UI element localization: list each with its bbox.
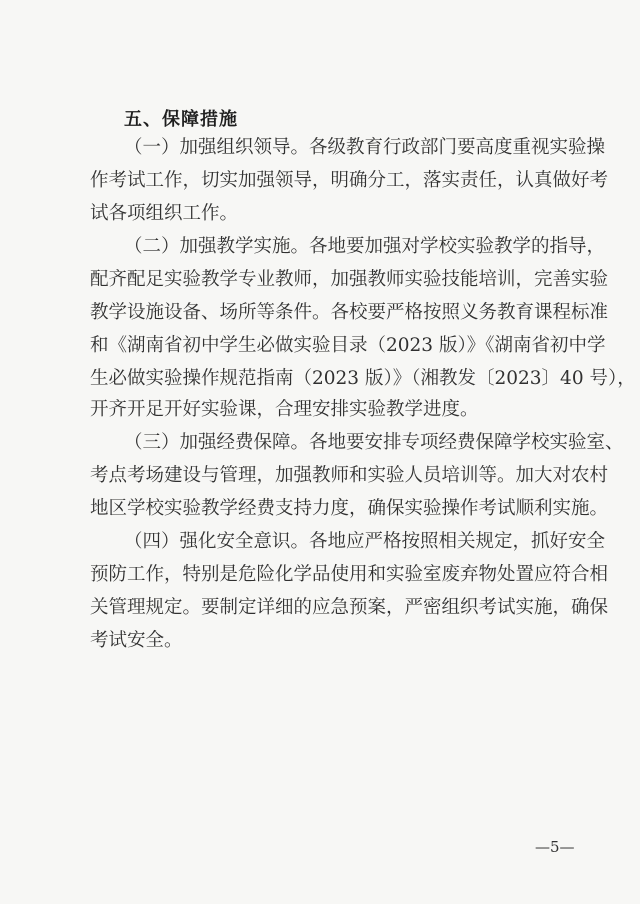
paragraph-4-line-2: 预防工作，特别是危险化学品使用和实验室废弃物处置应符合相: [90, 563, 578, 587]
page-number: —5—: [535, 838, 575, 856]
paragraph-3-line-1: （三）加强经费保障。各地要安排专项经费保障学校实验室、: [124, 431, 578, 455]
paragraph-2-line-1: （二）加强教学实施。各地要加强对学校实验教学的指导，: [124, 235, 578, 259]
paragraph-2-line-6: 开齐开足开好实验课，合理安排实验教学进度。: [90, 398, 578, 422]
document-page: 五、保障措施 （一）加强组织领导。各级教育行政部门要高度重视实验操 作考试工作，…: [0, 0, 640, 904]
paragraph-2-line-2: 配齐配足实验教学专业教师，加强教师实验技能培训，完善实验: [90, 268, 578, 292]
paragraph-1-line-2: 作考试工作，切实加强领导，明确分工，落实责任，认真做好考: [90, 169, 578, 193]
paragraph-2-line-5: 生必做实验操作规范指南（2023 版）》（湘教发〔2023〕40 号），: [90, 367, 578, 391]
paragraph-1-line-1: （一）加强组织领导。各级教育行政部门要高度重视实验操: [124, 136, 578, 160]
paragraph-3-line-2: 考点考场建设与管理，加强教师和实验人员培训等。加大对农村: [90, 464, 578, 488]
paragraph-4-line-3: 关管理规定。要制定详细的应急预案，严密组织考试实施，确保: [90, 596, 578, 620]
paragraph-4-line-4: 考试安全。: [90, 629, 578, 653]
paragraph-1-line-3: 试各项组织工作。: [90, 202, 578, 226]
paragraph-4-line-1: （四）强化安全意识。各地应严格按照相关规定，抓好安全: [124, 530, 578, 554]
section-heading: 五、保障措施: [124, 105, 238, 131]
paragraph-2-line-3: 教学设施设备、场所等条件。各校要严格按照义务教育课程标准: [90, 301, 578, 325]
paragraph-3-line-3: 地区学校实验教学经费支持力度，确保实验操作考试顺利实施。: [90, 497, 578, 521]
paragraph-2-line-4: 和《湖南省初中学生必做实验目录（2023 版）》《湖南省初中学: [90, 334, 578, 358]
